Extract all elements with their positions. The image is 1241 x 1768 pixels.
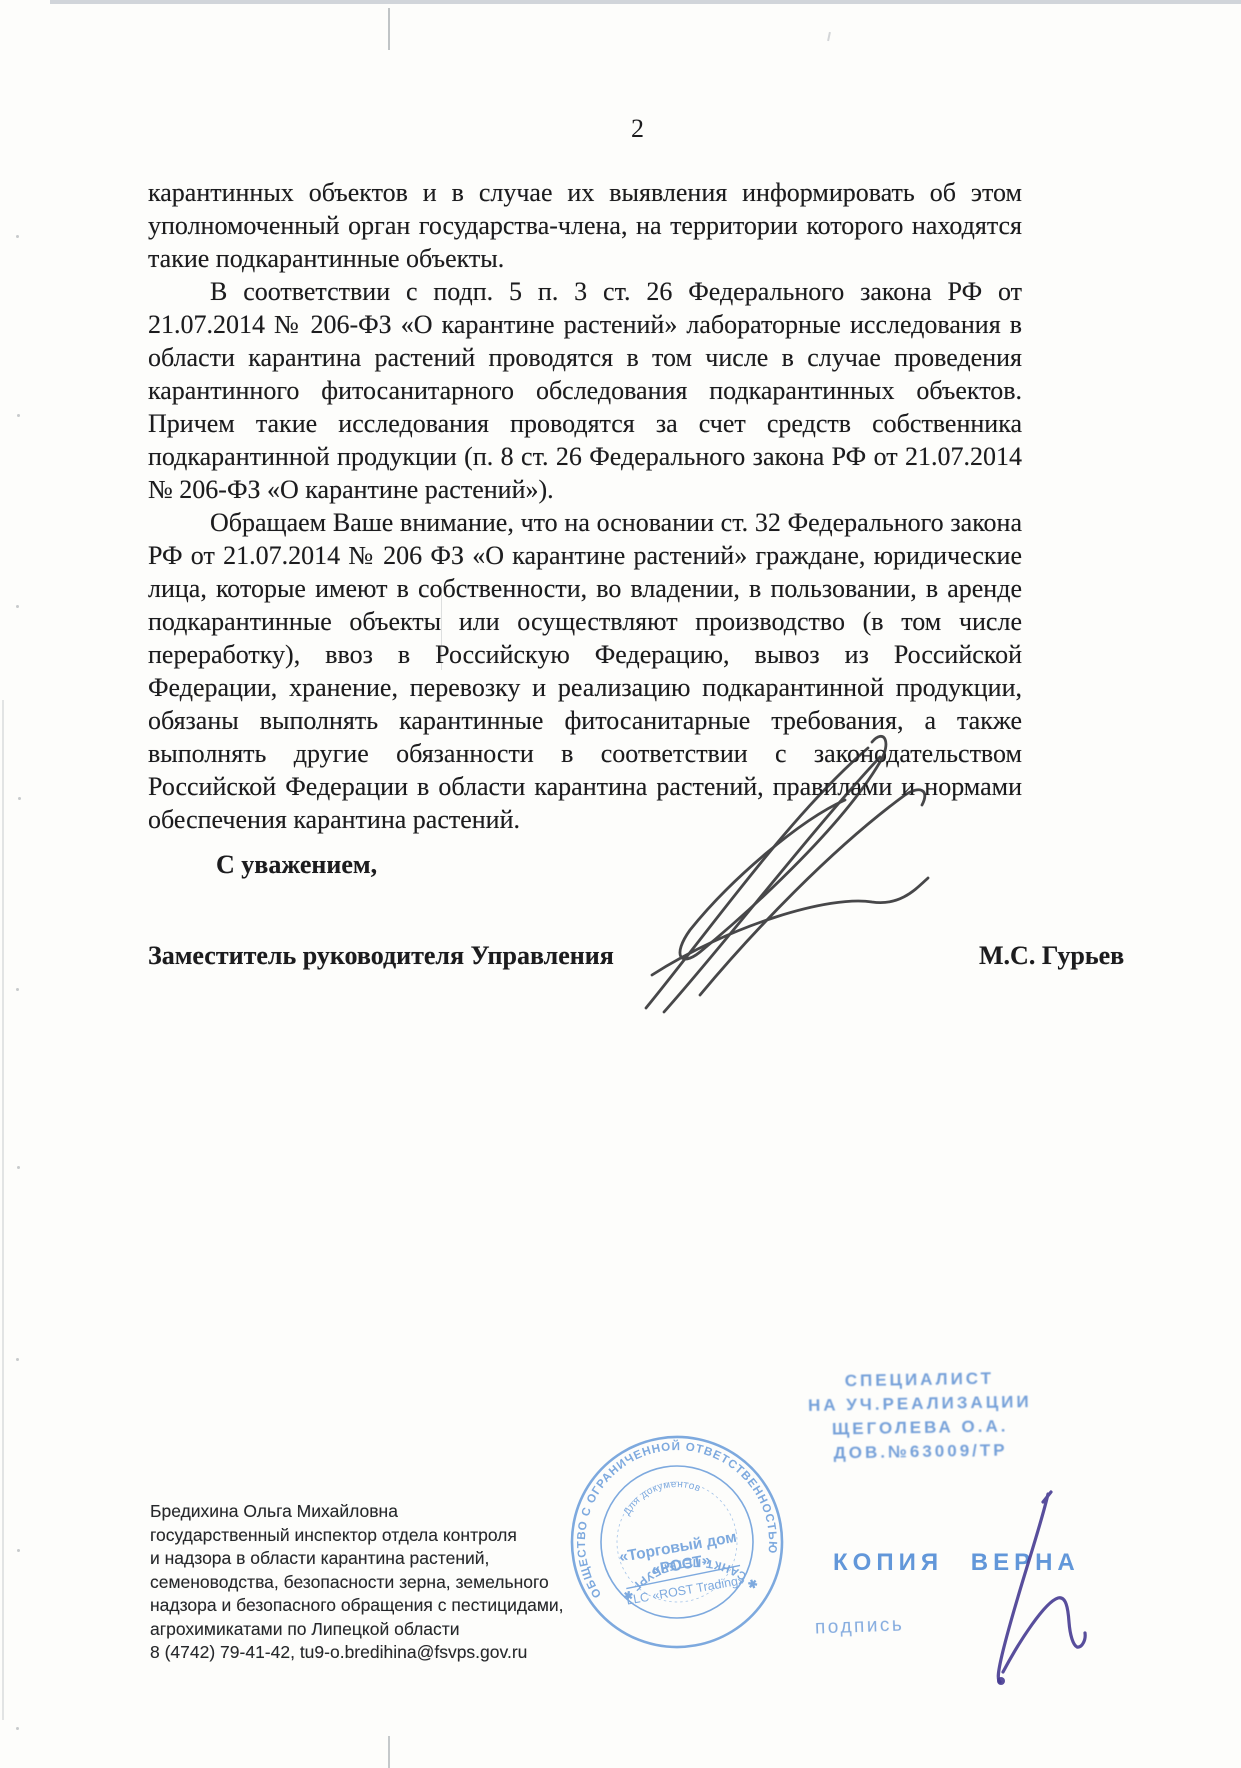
contact-line: и надзора в области карантина растений,: [150, 1547, 590, 1571]
podpis-caption: подпись: [815, 1614, 905, 1639]
copy-certification-signature: [985, 1485, 1095, 1695]
round-company-seal: ОБЩЕСТВО С ОГРАНИЧЕННОЙ ОТВЕТСТВЕННОСТЬЮ…: [565, 1430, 789, 1654]
contact-block: Бредихина Ольга Михайловна государственн…: [150, 1500, 590, 1665]
contact-line: надзора и безопасного обращения с пестиц…: [150, 1594, 590, 1618]
guryev-signature: [620, 720, 960, 1030]
scan-speck: [17, 414, 20, 417]
scan-crease-mark: [388, 8, 390, 50]
scan-speck: [16, 988, 19, 991]
scan-left-edge-shadow: [2, 700, 4, 1720]
contact-line: 8 (4742) 79-41-42, tu9-o.bredihina@fsvps…: [150, 1641, 590, 1665]
scan-speck: [18, 797, 21, 800]
specialist-stamp-line: ЩЕГОЛЕВА О.А.: [795, 1414, 1045, 1442]
scanned-letter-page: 2 карантинных объектов и в случае их выя…: [0, 0, 1241, 1768]
scan-speck: [16, 1358, 19, 1361]
contact-line: семеноводства, безопасности зерна, земел…: [150, 1571, 590, 1595]
paragraph: карантинных объектов и в случае их выявл…: [148, 176, 1022, 275]
scan-crease-mark: [388, 1736, 390, 1768]
specialist-stamp-line: ДОВ.№63009/ТР: [795, 1438, 1045, 1466]
closing-salutation: С уважением,: [216, 848, 377, 881]
scan-top-edge: [50, 0, 1241, 4]
scan-speck: [17, 1166, 20, 1169]
contact-line: агрохимикатами по Липецкой области: [150, 1618, 590, 1642]
specialist-stamp: СПЕЦИАЛИСТ НА УЧ.РЕАЛИЗАЦИИ ЩЕГОЛЕВА О.А…: [794, 1366, 1046, 1466]
contact-line: государственный инспектор отдела контрол…: [150, 1524, 590, 1548]
scan-speck: [16, 235, 19, 238]
page-number: 2: [0, 112, 1241, 145]
contact-line: Бредихина Ольга Михайловна: [150, 1500, 590, 1524]
scan-speck: [16, 605, 19, 608]
scan-speck: [827, 32, 831, 41]
scan-speck: [16, 1727, 19, 1730]
paragraph: В соответствии с подп. 5 п. 3 ст. 26 Фед…: [148, 275, 1022, 506]
signer-title: Заместитель руководителя Управления: [148, 939, 614, 972]
signer-name: М.С. Гурьев: [979, 939, 1124, 972]
scan-speck: [17, 1549, 20, 1552]
